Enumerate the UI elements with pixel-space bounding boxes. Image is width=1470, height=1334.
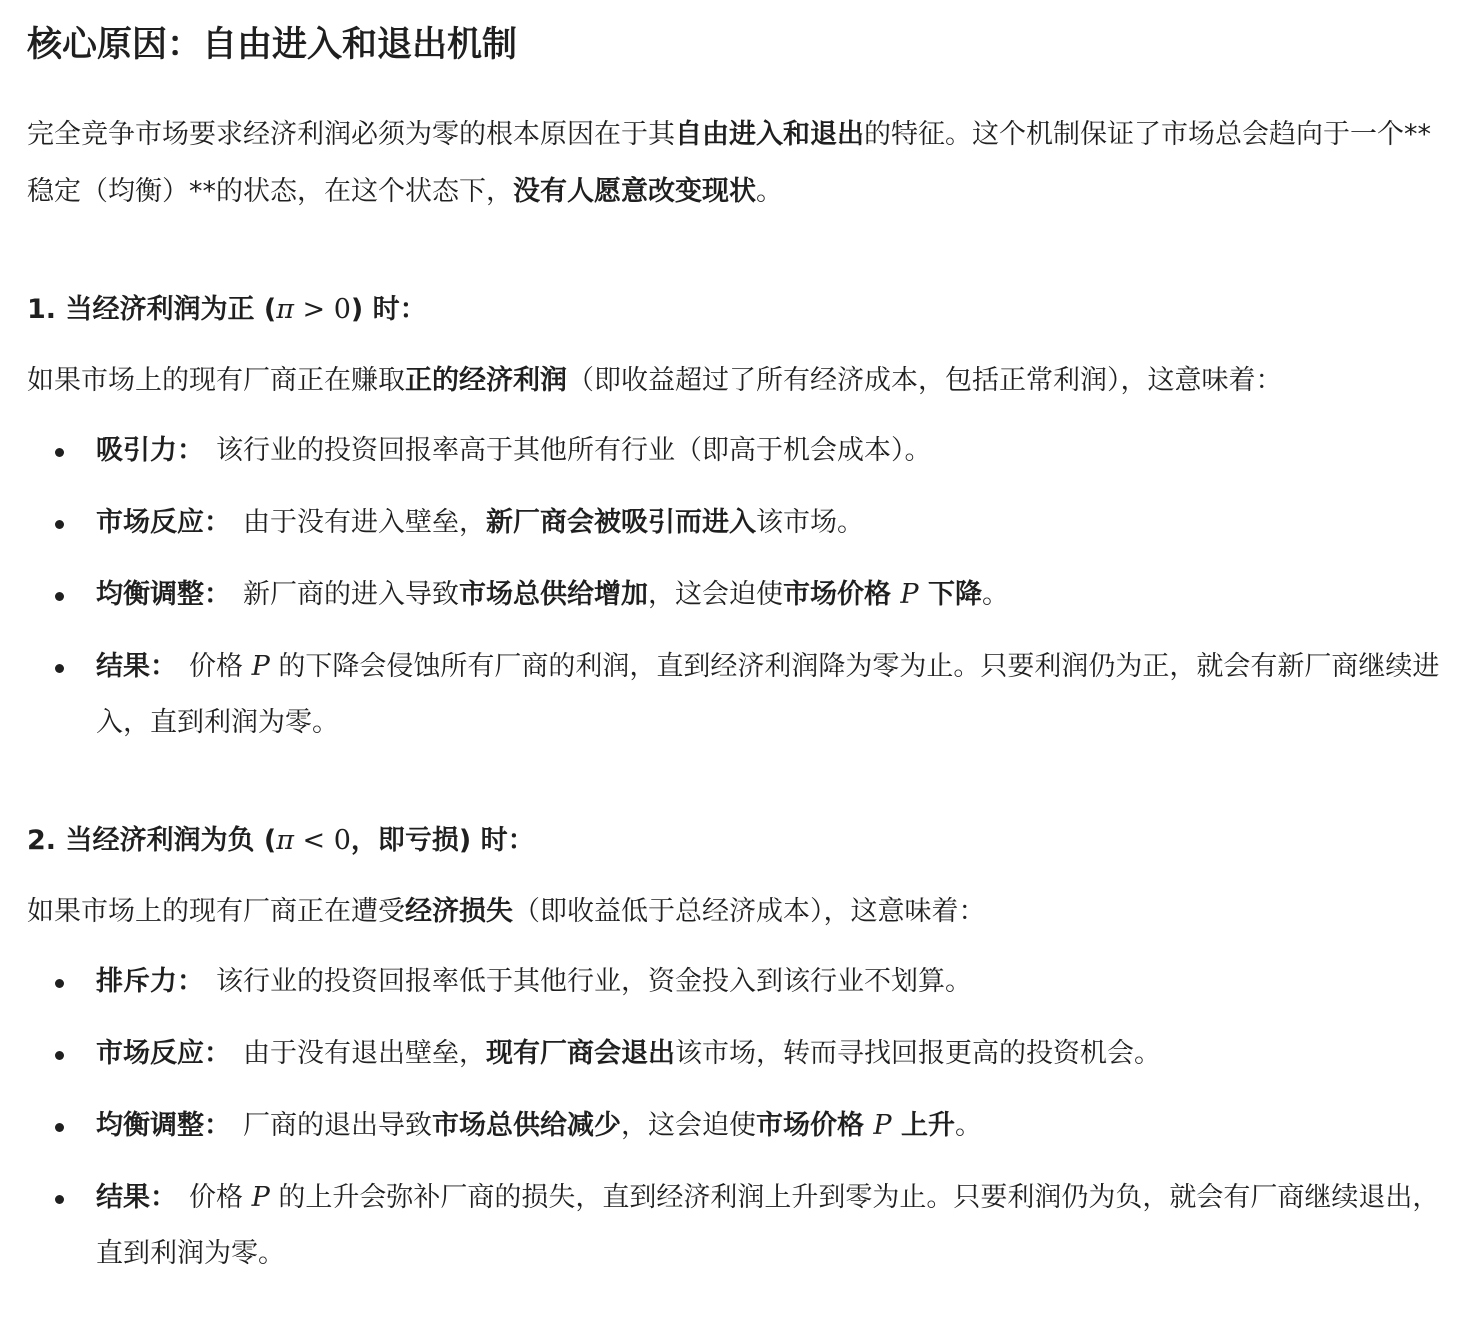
bold-text: 没有人愿意改变现状	[513, 176, 756, 207]
list-item-attraction: 吸引力：该行业的投资回报率高于其他所有行业（即高于机会成本）。	[27, 423, 1443, 479]
text: （即收益超过了所有经济成本，包括正常利润），这意味着：	[567, 365, 1283, 396]
text: 如果市场上的现有厂商正在赚取	[27, 365, 405, 396]
text: 由于没有退出壁垒，	[243, 1038, 486, 1069]
list-item-market-reaction: 市场反应：由于没有退出壁垒，现有厂商会退出该市场，转而寻找回报更高的投资机会。	[27, 1026, 1443, 1082]
section2-lead-paragraph: 如果市场上的现有厂商正在遭受经济损失（即收益低于总经济成本），这意味着：	[27, 883, 1443, 940]
heading-text: ) 时：	[351, 294, 427, 325]
bullet-label: 均衡调整：	[96, 1110, 231, 1141]
section1-lead-paragraph: 如果市场上的现有厂商正在赚取正的经济利润（即收益超过了所有经济成本，包括正常利润…	[27, 352, 1443, 409]
list-item-equilibrium-adjustment: 均衡调整：新厂商的进入导致市场总供给增加，这会迫使市场价格 P 下降。	[27, 567, 1443, 623]
text: 。	[955, 1110, 982, 1141]
bold-text: 正的经济利润	[405, 365, 567, 396]
bullet-label: 均衡调整：	[96, 579, 231, 610]
text: 该市场，转而寻找回报更高的投资机会。	[675, 1038, 1161, 1069]
text: 如果市场上的现有厂商正在遭受	[27, 896, 405, 927]
bold-text: 市场价格	[756, 1110, 873, 1141]
bullet-label: 结果：	[96, 651, 177, 682]
math-relation: > 0	[294, 294, 351, 325]
math-pi: π	[276, 294, 294, 325]
bold-text: 下降	[919, 579, 982, 610]
text: 的下降会侵蚀所有厂商的利润，直到经济利润降为零为止。只要利润仍为正，就会有新厂商…	[96, 651, 1439, 738]
list-item-market-reaction: 市场反应：由于没有进入壁垒，新厂商会被吸引而进入该市场。	[27, 495, 1443, 551]
bullet-label: 结果：	[96, 1182, 177, 1213]
list-item-equilibrium-adjustment: 均衡调整：厂商的退出导致市场总供给减少，这会迫使市场价格 P 上升。	[27, 1098, 1443, 1154]
section-heading-negative-profit: 2. 当经济利润为负 (π < 0，即亏损) 时：	[27, 821, 1443, 861]
text: 该市场。	[756, 507, 864, 538]
section2-bullet-list: 排斥力：该行业的投资回报率低于其他行业，资金投入到该行业不划算。 市场反应：由于…	[27, 954, 1443, 1282]
text: ，这会迫使	[648, 579, 783, 610]
bold-text: 上升	[892, 1110, 955, 1141]
bold-text: 市场总供给增加	[459, 579, 648, 610]
text: 价格	[189, 651, 252, 682]
text: 价格	[189, 1182, 252, 1213]
math-price: P	[900, 579, 918, 610]
math-price: P	[873, 1110, 891, 1141]
bold-text: 市场价格	[783, 579, 900, 610]
text: 的上升会弥补厂商的损失，直到经济利润上升到零为止。只要利润仍为负，就会有厂商继续…	[96, 1182, 1439, 1269]
text: 该行业的投资回报率高于其他所有行业（即高于机会成本）。	[216, 435, 932, 466]
text: （即收益低于总经济成本），这意味着：	[513, 896, 986, 927]
list-item-result: 结果：价格 P 的下降会侵蚀所有厂商的利润，直到经济利润降为零为止。只要利润仍为…	[27, 639, 1443, 751]
bold-text: 现有厂商会退出	[486, 1038, 675, 1069]
text: 新厂商的进入导致	[243, 579, 459, 610]
list-item-repulsion: 排斥力：该行业的投资回报率低于其他行业，资金投入到该行业不划算。	[27, 954, 1443, 1010]
math-pi: π	[276, 825, 294, 856]
math-price: P	[252, 1182, 270, 1213]
document: 核心原因：自由进入和退出机制 完全竞争市场要求经济利润必须为零的根本原因在于其自…	[0, 0, 1470, 1282]
text: ，这会迫使	[621, 1110, 756, 1141]
bullet-label: 市场反应：	[96, 507, 231, 538]
text: 。	[982, 579, 1009, 610]
bullet-label: 排斥力：	[96, 966, 204, 997]
intro-paragraph: 完全竞争市场要求经济利润必须为零的根本原因在于其自由进入和退出的特征。这个机制保…	[27, 106, 1443, 220]
bullet-label: 市场反应：	[96, 1038, 231, 1069]
math-relation: < 0	[294, 825, 351, 856]
heading-text: 2. 当经济利润为负 (	[27, 825, 276, 856]
bold-text: 新厂商会被吸引而进入	[486, 507, 756, 538]
list-item-result: 结果：价格 P 的上升会弥补厂商的损失，直到经济利润上升到零为止。只要利润仍为负…	[27, 1170, 1443, 1282]
text: 由于没有进入壁垒，	[243, 507, 486, 538]
text: 厂商的退出导致	[243, 1110, 432, 1141]
bullet-label: 吸引力：	[96, 435, 204, 466]
heading-text: ，即亏损) 时：	[351, 825, 535, 856]
section1-bullet-list: 吸引力：该行业的投资回报率高于其他所有行业（即高于机会成本）。 市场反应：由于没…	[27, 423, 1443, 751]
text: 完全竞争市场要求经济利润必须为零的根本原因在于其	[27, 119, 675, 150]
text: 。	[756, 176, 783, 207]
bold-text: 市场总供给减少	[432, 1110, 621, 1141]
text: 该行业的投资回报率低于其他行业，资金投入到该行业不划算。	[216, 966, 972, 997]
bold-text: 经济损失	[405, 896, 513, 927]
page-title: 核心原因：自由进入和退出机制	[27, 0, 1443, 70]
section-heading-positive-profit: 1. 当经济利润为正 (π > 0) 时：	[27, 290, 1443, 330]
math-price: P	[252, 651, 270, 682]
bold-text: 自由进入和退出	[675, 119, 864, 150]
heading-text: 1. 当经济利润为正 (	[27, 294, 276, 325]
